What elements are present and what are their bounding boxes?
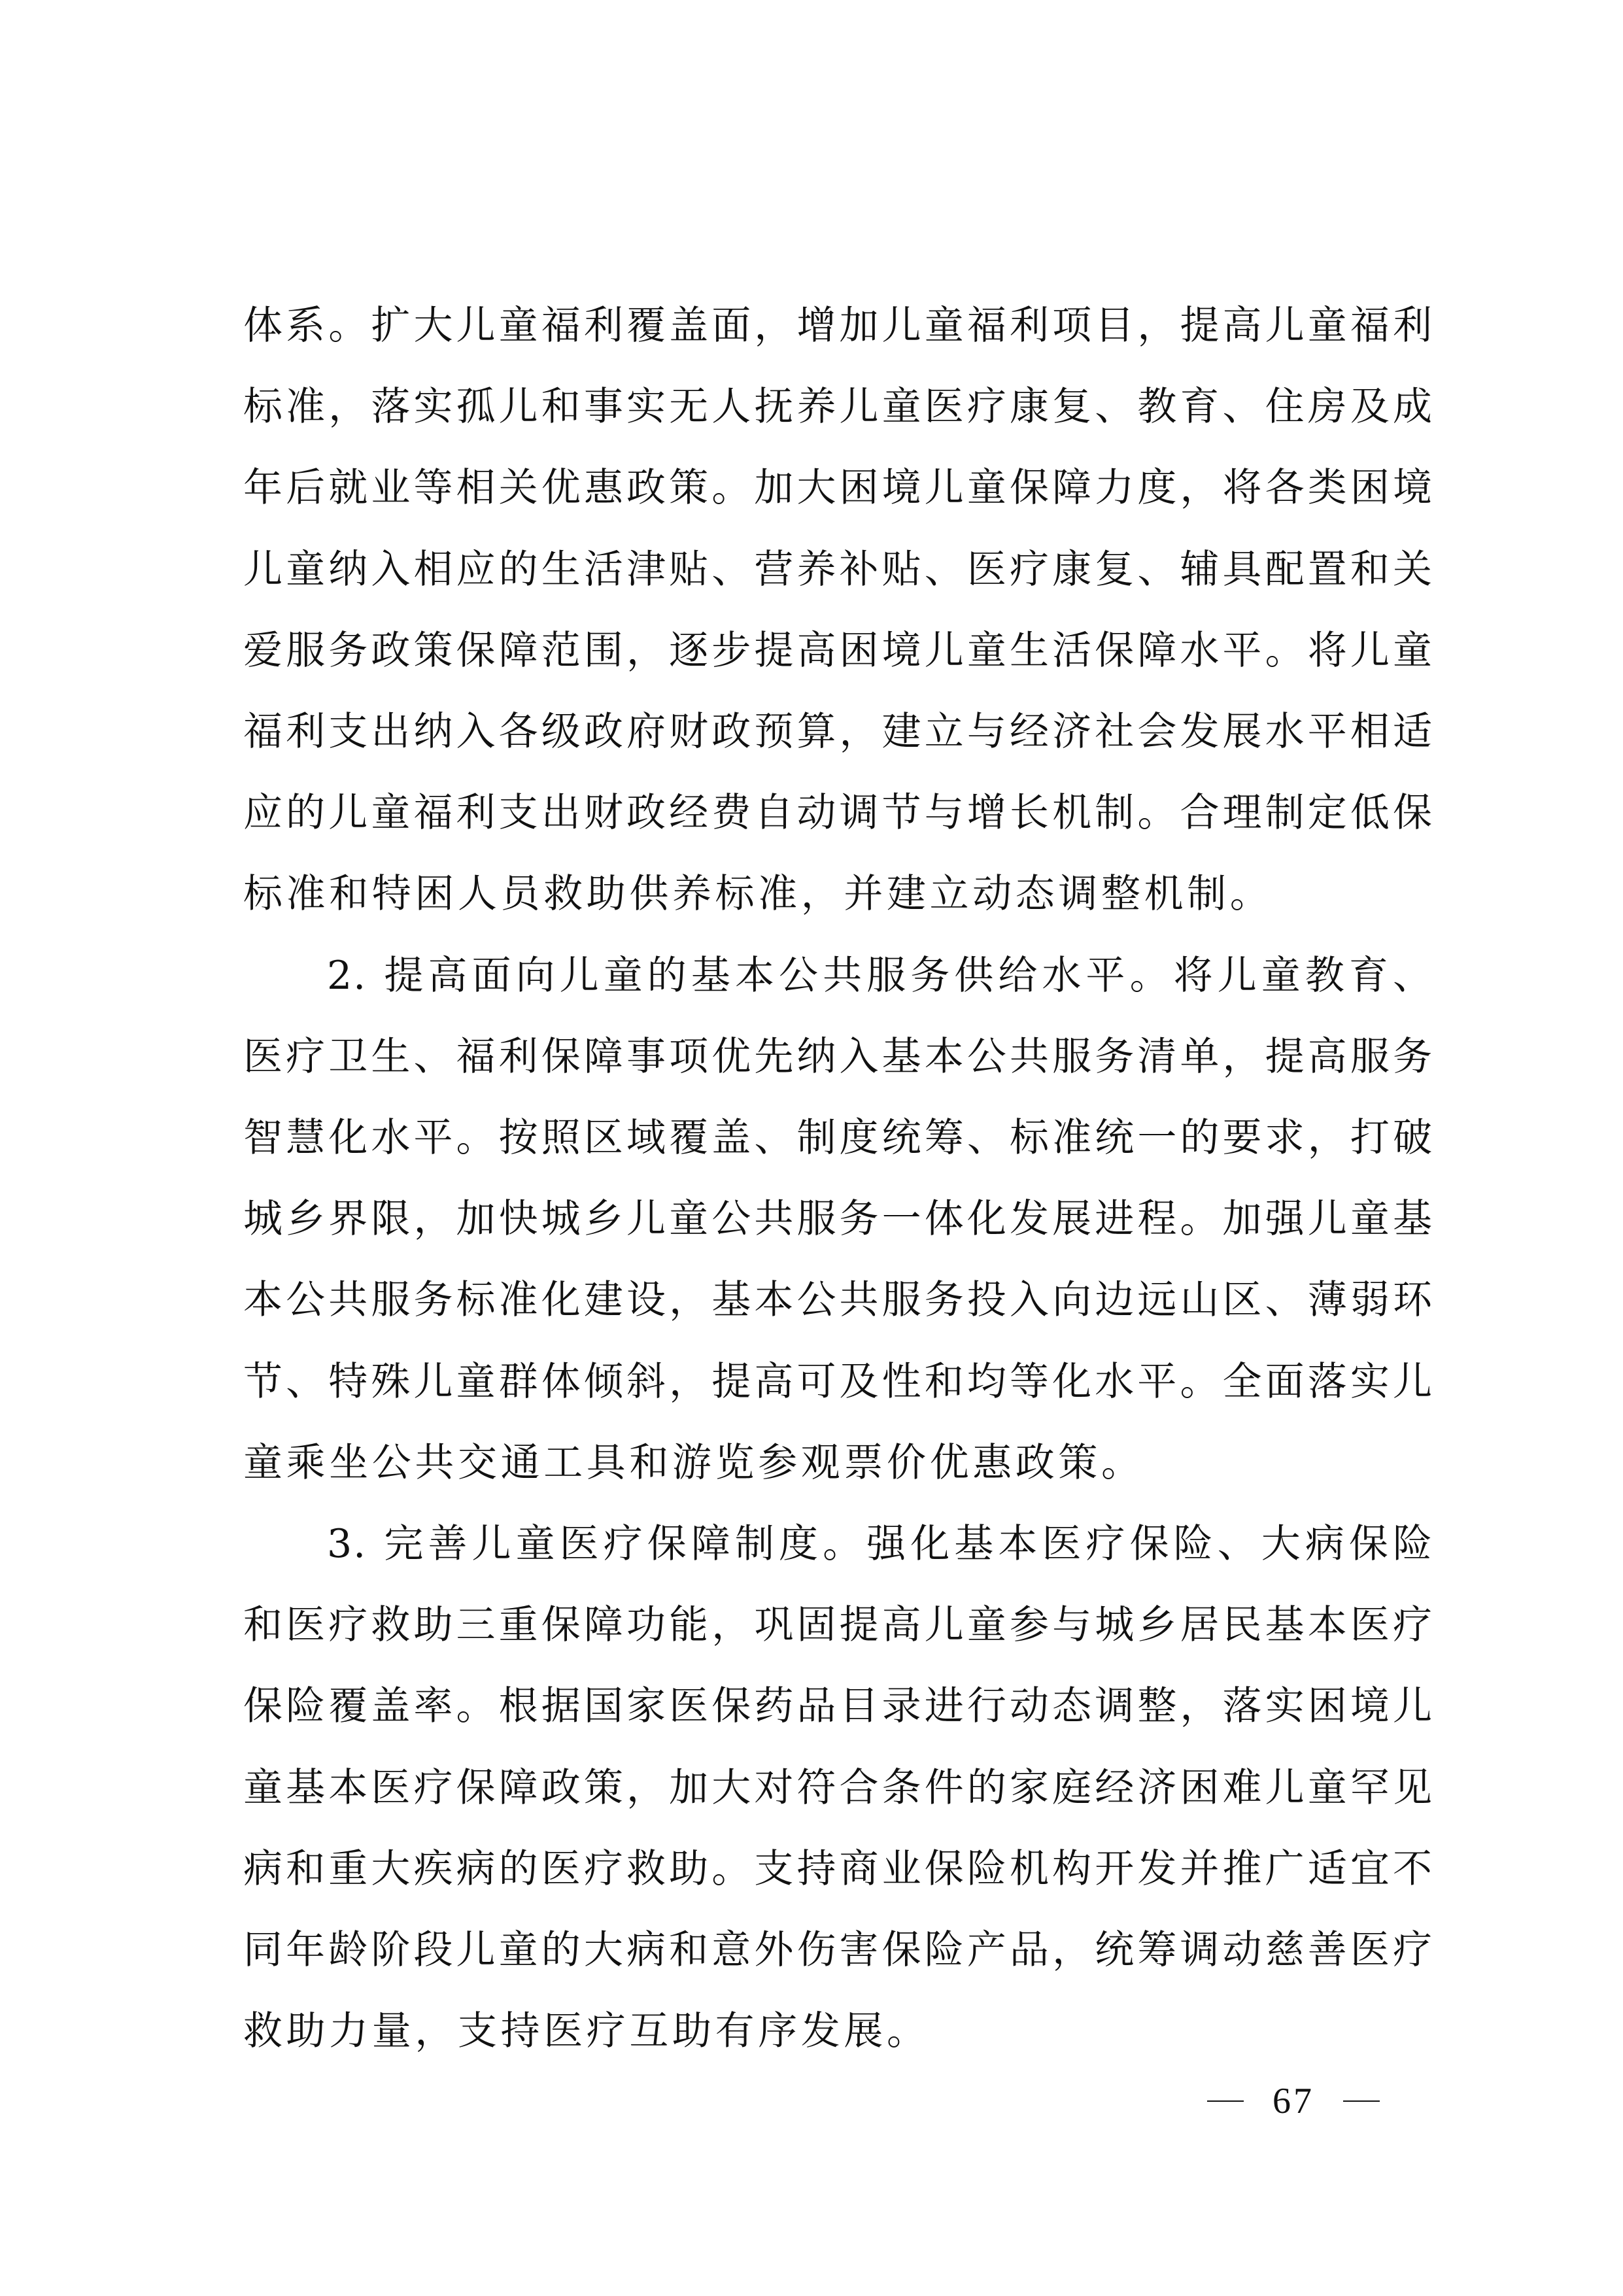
paragraph-1-line-2: 标准，落实孤儿和事实无人抚养儿童医疗康复、教育、住房及成 [243, 383, 1433, 430]
paragraph-1-line-7: 应的儿童福利支出财政经费自动调节与增长机制。合理制定低保 [243, 789, 1433, 836]
paragraph-2-line-6: 节、特殊儿童群体倾斜，提高可及性和均等化水平。全面落实儿 [243, 1358, 1433, 1405]
dash-right-icon [1343, 2100, 1380, 2102]
paragraph-2-line-5: 本公共服务标准化建设，基本公共服务投入向边远山区、薄弱环 [243, 1277, 1433, 1324]
paragraph-1-line-6: 福利支出纳入各级政府财政预算，建立与经济社会发展水平相适 [243, 708, 1433, 755]
paragraph-3-line-2: 和医疗救助三重保障功能，巩固提高儿童参与城乡居民基本医疗 [243, 1602, 1433, 1649]
page-number: 67 [1273, 2080, 1314, 2122]
paragraph-2-line-7: 童乘坐公共交通工具和游览参观票价优惠政策。 [243, 1439, 1433, 1486]
paragraph-2-line-4: 城乡界限，加快城乡儿童公共服务一体化发展进程。加强儿童基 [243, 1195, 1433, 1242]
document-page: 体系。扩大儿童福利覆盖面，增加儿童福利项目，提高儿童福利 标准，落实孤儿和事实无… [0, 0, 1623, 2296]
paragraph-2-line-3: 智慧化水平。按照区域覆盖、制度统筹、标准统一的要求，打破 [243, 1114, 1433, 1161]
paragraph-3-line-5: 病和重大疾病的医疗救助。支持商业保险机构开发并推广适宜不 [243, 1845, 1433, 1893]
paragraph-2-heading-line: 2. 提高面向儿童的基本公共服务供给水平。将儿童教育、 [327, 952, 1433, 999]
paragraph-1-line-5: 爱服务政策保障范围，逐步提高困境儿童生活保障水平。将儿童 [243, 627, 1433, 674]
paragraph-1-line-4: 儿童纳入相应的生活津贴、营养补贴、医疗康复、辅具配置和关 [243, 546, 1433, 593]
paragraph-3-line-4: 童基本医疗保障政策，加大对符合条件的家庭经济困难儿童罕见 [243, 1764, 1433, 1811]
page-footer: 67 [1207, 2082, 1380, 2121]
paragraph-1-line-1: 体系。扩大儿童福利覆盖面，增加儿童福利项目，提高儿童福利 [243, 302, 1433, 349]
paragraph-3-line-3: 保险覆盖率。根据国家医保药品目录进行动态调整，落实困境儿 [243, 1683, 1433, 1730]
paragraph-3-line-6: 同年龄阶段儿童的大病和意外伤害保险产品，统筹调动慈善医疗 [243, 1927, 1433, 1974]
paragraph-2-line-2: 医疗卫生、福利保障事项优先纳入基本公共服务清单，提高服务 [243, 1033, 1433, 1080]
paragraph-3-heading-line: 3. 完善儿童医疗保障制度。强化基本医疗保险、大病保险 [327, 1520, 1433, 1568]
paragraph-3-line-7: 救助力量，支持医疗互助有序发展。 [243, 2008, 1433, 2055]
paragraph-1-line-3: 年后就业等相关优惠政策。加大困境儿童保障力度，将各类困境 [243, 464, 1433, 511]
paragraph-1-line-8: 标准和特困人员救助供养标准，并建立动态调整机制。 [243, 870, 1433, 917]
dash-left-icon [1207, 2100, 1244, 2102]
